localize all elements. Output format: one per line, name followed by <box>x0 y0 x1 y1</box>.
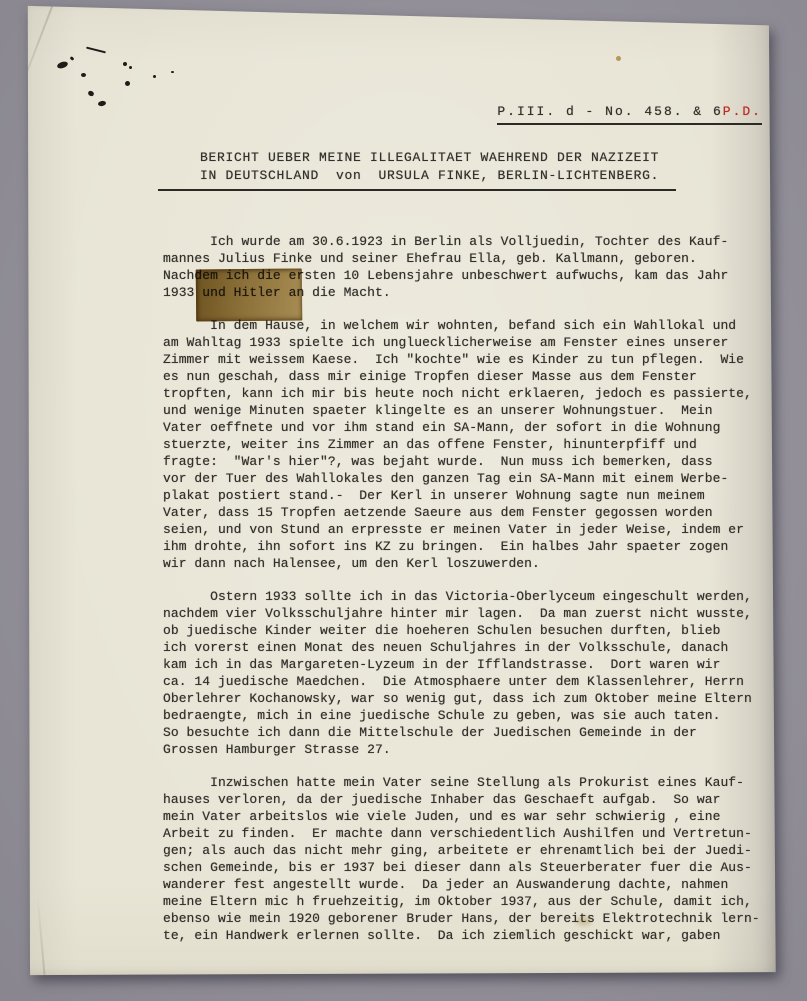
scan-background: P.III. d - No. 458. & 6P.D. BERICHT UEBE… <box>0 0 807 1001</box>
document-page: P.III. d - No. 458. & 6P.D. BERICHT UEBE… <box>24 2 778 978</box>
document-title: BERICHT UEBER MEINE ILLEGALITAET WAEHREN… <box>158 149 676 191</box>
archive-reference-stamp: P.D. <box>723 104 762 119</box>
paper-crease-bottom-left <box>37 895 46 975</box>
document-page-wrapper: P.III. d - No. 458. & 6P.D. BERICHT UEBE… <box>0 0 807 1001</box>
paper-speck <box>616 56 621 61</box>
title-line-1: BERICHT UEBER MEINE ILLEGALITAET WAEHREN… <box>200 149 676 167</box>
paragraph: Ostern 1933 sollte ich in das Victoria-O… <box>163 588 778 758</box>
document-body: Ich wurde am 30.6.1923 in Berlin als Vol… <box>163 233 778 960</box>
title-line-2: IN DEUTSCHLAND von URSULA FINKE, BERLIN-… <box>200 167 676 185</box>
ink-smudge <box>24 2 224 142</box>
paragraph: In dem Hause, in welchem wir wohnten, be… <box>163 317 778 572</box>
adhesive-tape <box>196 268 303 321</box>
archive-reference: P.III. d - No. 458. & 6P.D. <box>497 103 762 125</box>
archive-reference-number: P.III. d - No. 458. & 6 <box>497 104 722 119</box>
paragraph: Inzwischen hatte mein Vater seine Stellu… <box>163 774 778 944</box>
